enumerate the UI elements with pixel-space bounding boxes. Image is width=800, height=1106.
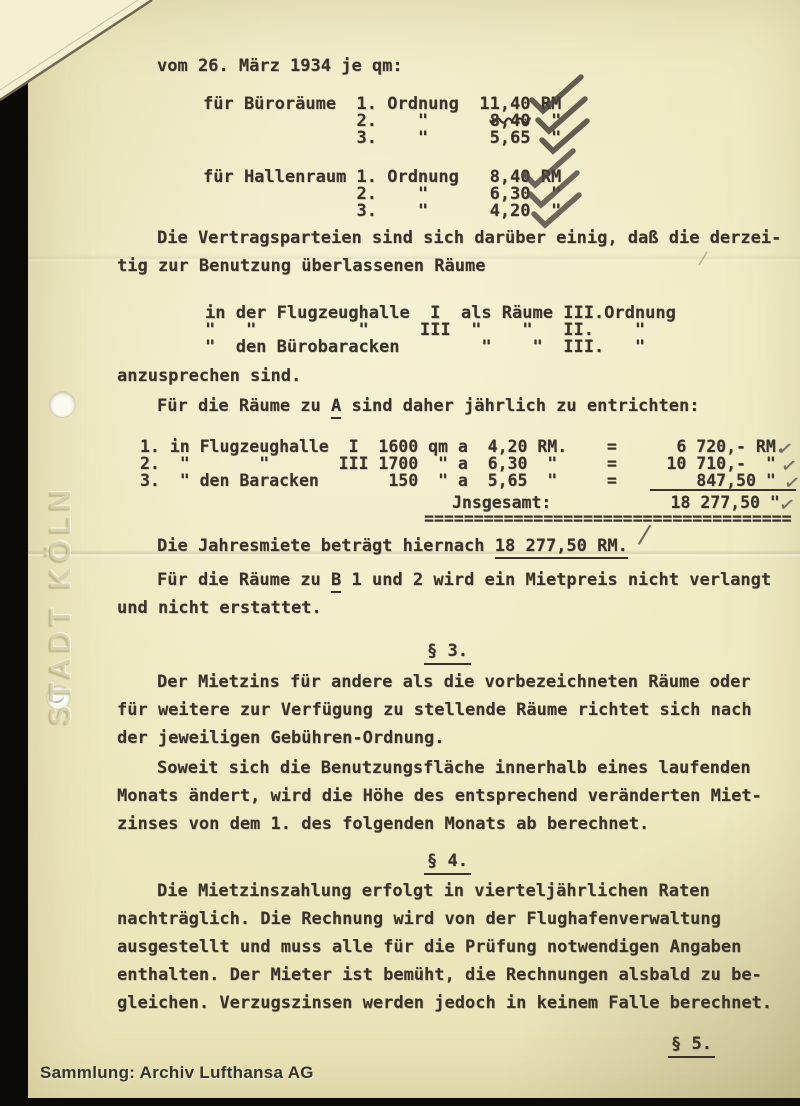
s4-line3: ausgestellt und muss alle für die Prüfun… (117, 937, 741, 957)
intro-line: vom 26. März 1934 je qm: (157, 56, 403, 76)
s4-line2: nachträglich. Die Rechnung wird von der … (117, 909, 721, 929)
underlined-B: B (331, 570, 341, 593)
pencil-scribble (49, 689, 66, 704)
jahresmiete-line: Die Jahresmiete beträgt hiernach 18 277,… (157, 536, 628, 556)
s3-p1-line2: für weitere zur Verfügung zu stellende R… (117, 700, 752, 720)
folded-corner (0, 0, 170, 115)
section-3-heading: § 3. (424, 641, 471, 661)
punch-hole-top (50, 392, 75, 417)
assignment-line3: " den Bürobaracken " " III. " (205, 337, 645, 357)
section-5-heading: § 5. (668, 1034, 715, 1054)
s4-line1: Die Mietzinszahlung erfolgt in vierteljä… (157, 881, 710, 901)
anzusprechen-line: anzusprechen sind. (117, 366, 301, 386)
s3-p2-line3: zinses von dem 1. des folgenden Monats a… (117, 814, 649, 834)
s3-p1-line1: Der Mietzins für andere als die vorbezei… (157, 672, 751, 692)
fuer-a-line: Für die Räume zu A sind daher jährlich z… (157, 396, 699, 416)
para1-line1: Die Vertragsparteien sind sich darüber e… (157, 228, 781, 248)
punch-hole-bottom (47, 686, 70, 709)
s3-p2-line2: Monats ändert, wird die Höhe des entspre… (117, 786, 762, 806)
fuer-b-line2: und nicht erstattet. (117, 598, 322, 618)
pencil-checkmarks-hallen (516, 144, 611, 249)
s3-p1-line3: der jeweiligen Gebühren-Ordnung. (117, 728, 445, 748)
rent-table-row3: 3. " den Baracken 150 " a 5,65 " = 847,5… (140, 471, 776, 490)
underlined-total: 18 277,50 RM. (495, 536, 628, 559)
section-4-heading: § 4. (424, 851, 471, 871)
underlined-A: A (331, 396, 341, 419)
archive-caption: Sammlung: Archiv Lufthansa AG (40, 1063, 314, 1083)
hallen-rate-3: 3. " 4,20 " (203, 201, 561, 221)
double-rule: ===================================== (424, 509, 792, 528)
scanned-document-page: STADT KÖLN vom 26. März 1934 je qm: für … (0, 0, 800, 1106)
buero-rate-3: 3. " 5,65 " (203, 128, 561, 148)
fuer-b-line1: Für die Räume zu B 1 und 2 wird ein Miet… (157, 570, 771, 590)
pencil-check-row3: ✓ (782, 471, 800, 495)
s3-p2-line1: Soweit sich die Benutzungsfläche innerha… (157, 758, 751, 778)
s4-line4: enthalten. Der Mieter ist bemüht, die Re… (117, 965, 762, 985)
s4-line5: gleichen. Verzugszinsen werden jedoch in… (117, 993, 772, 1013)
para1-line2: tig zur Benutzung überlassenen Räume (117, 256, 485, 276)
subtotal-rule (650, 489, 796, 491)
